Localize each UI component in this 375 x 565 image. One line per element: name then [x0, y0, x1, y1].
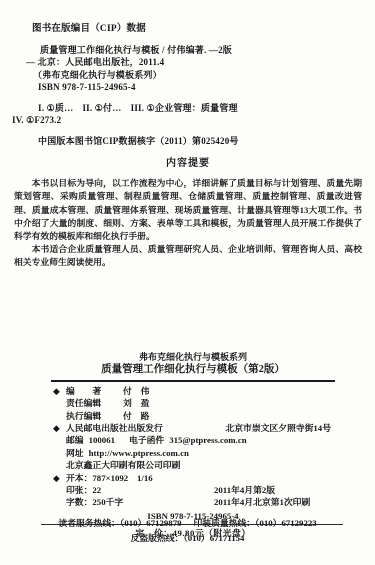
abstract-section: 内容提要 本书以目标为导向，以工作流程为中心，详细讲解了质量目标与计划管理、质量…: [14, 157, 362, 270]
series-title: 弗布克细化执行与模板系列: [55, 351, 331, 363]
editor-name: 付 路: [123, 410, 149, 422]
abstract-paragraph-1: 本书以目标为导向，以工作流程为中心，详细讲解了质量目标与计划管理、质量先期策划管…: [14, 177, 362, 243]
diamond-bullet-icon: ◆: [53, 385, 66, 397]
printer-row: 北京鑫正大印刷有限公司印刷: [55, 459, 331, 471]
website-label: 网址: [66, 448, 84, 458]
hotline-row-1: 读者服务热线：（010）67129879印装质量热线：（010）67129223: [0, 516, 375, 531]
editor-row-author: ◆ 编 著 付 伟: [55, 385, 331, 397]
sheets-cell: 印张：22: [66, 484, 214, 496]
editor-row-duty: 责任编辑 刘 盈: [55, 397, 331, 409]
email-value: 315@ptpress.com.cn: [169, 435, 246, 445]
cip-registry-number: 中国版本图书馆CIP数据核字（2011）第025420号: [38, 135, 349, 148]
edition-value: 2011年4月第2版: [214, 484, 275, 496]
cip-block: 图书在版编目（CIP）数据 质量管理工作细化执行与模板 / 付伟编著. —2版 …: [32, 23, 349, 147]
postcode-email-row: 邮编100061电子函件315@ptpress.com.cn: [55, 434, 331, 446]
sheets-edition-row: 印张：22 2011年4月第2版: [55, 484, 331, 496]
cip-classification: I. ①质… II. ①付… III. ①企业管理：质量管理: [38, 102, 349, 115]
publisher-address: 北京市崇文区夕照寺街14号: [225, 422, 331, 434]
editor-row-exec: 执行编辑 付 路: [55, 410, 331, 422]
format-size-row: ◆ 开本： 787×1092 1/16: [55, 472, 331, 484]
diamond-bullet-icon: ◆: [53, 422, 66, 434]
cip-isbn: ISBN 978-7-115-24965-4: [38, 81, 349, 94]
cip-title-statement: 质量管理工作细化执行与模板 / 付伟编著. —2版: [40, 44, 349, 57]
abstract-paragraph-2: 本书适合企业质量管理人员、质量管理研究人员、企业培训师、管理咨询人员、高校相关专…: [14, 243, 362, 269]
editor-name: 刘 盈: [123, 397, 149, 409]
website-row: 网址http://www.ptpress.com.cn: [55, 447, 331, 459]
printing-value: 2011年4月北京第1次印刷: [214, 496, 310, 508]
cip-imprint: — 北京：人民邮电出版社，2011.4: [26, 56, 349, 69]
editor-role: 责任编辑: [66, 397, 123, 409]
size-label: 开本：: [66, 472, 92, 484]
copyright-page: 图书在版编目（CIP）数据 质量管理工作细化执行与模板 / 付伟编著. —2版 …: [0, 0, 375, 565]
postcode-label: 邮编: [66, 435, 84, 445]
size-value: 787×1092 1/16: [92, 472, 152, 484]
publisher-row: ◆人民邮电出版社出版发行 北京市崇文区夕照寺街14号: [55, 422, 331, 434]
book-title: 质量管理工作细化执行与模板（第2版）: [55, 364, 331, 379]
antipiracy-hotline: 反盗版热线：（010）67171154: [131, 533, 245, 543]
reader-hotline: 读者服务热线：（010）67129879: [58, 518, 181, 528]
words-printing-row: 字数：250千字 2011年4月北京第1次印刷: [55, 496, 331, 508]
hotlines-section: 读者服务热线：（010）67129879印装质量热线：（010）67129223…: [0, 516, 375, 546]
colophon-section: 弗布克细化执行与模板系列 质量管理工作细化执行与模板（第2版） ◆ 编 著 付 …: [55, 351, 331, 540]
email-label: 电子函件: [129, 435, 164, 445]
publisher-name-cell: ◆人民邮电出版社出版发行: [55, 422, 163, 434]
editor-role: 执行编辑: [66, 410, 123, 422]
cip-series-note: （弗布克细化执行与模板系列）: [33, 69, 349, 82]
editor-role: 编 著: [66, 385, 123, 397]
words-label: 字数：: [66, 497, 92, 507]
words-cell: 字数：250千字: [66, 496, 214, 508]
sheets-value: 22: [92, 485, 101, 495]
abstract-title: 内容提要: [14, 157, 362, 170]
sheets-label: 印张：: [66, 485, 92, 495]
hotline-row-2: 反盗版热线：（010）67171154: [0, 531, 375, 546]
postcode-value: 100061: [89, 435, 115, 445]
words-value: 250千字: [92, 497, 123, 507]
website-value: http://www.ptpress.com.cn: [89, 448, 189, 458]
title-divider-rule: [51, 380, 335, 382]
editor-name: 付 伟: [123, 385, 149, 397]
cip-class-number: IV. ①F273.2: [12, 114, 349, 127]
cip-heading: 图书在版编目（CIP）数据: [32, 23, 349, 36]
diamond-bullet-icon: ◆: [53, 472, 66, 484]
quality-hotline: 印装质量热线：（010）67129223: [194, 518, 317, 528]
publisher-name: 人民邮电出版社出版发行: [66, 423, 163, 433]
